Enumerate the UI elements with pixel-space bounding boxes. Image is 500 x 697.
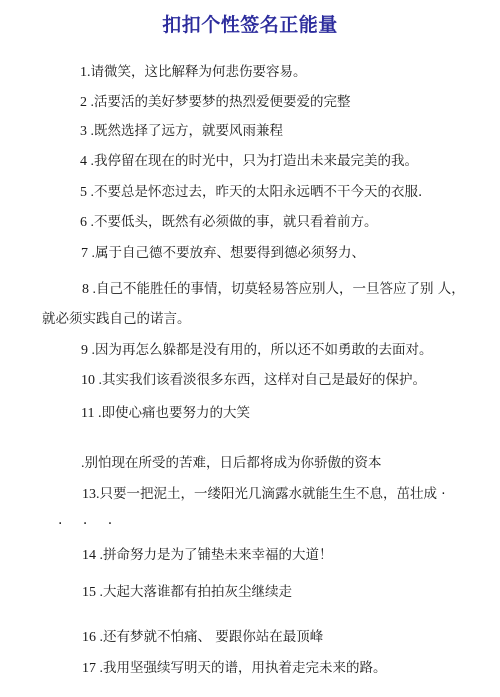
quote-item-6: 6 .不要低头，既然有必须做的事，就只看着前方。 <box>80 213 378 232</box>
item-number: 14 . <box>82 548 103 563</box>
quote-item-12: .别怕现在所受的苦难，日后都将成为你骄傲的资本 <box>81 454 382 473</box>
item-number: 4 . <box>80 154 94 169</box>
item-number: 17 . <box>82 661 103 676</box>
item-text: 不要低头，既然有必须做的事，就只看着前方。 <box>94 214 378 230</box>
item-text: 别怕现在所受的苦难，日后都将成为你骄傲的资本 <box>85 455 382 471</box>
quote-item-9: 9 .因为再怎么躲都是没有用的，所以还不如勇敢的去面对。 <box>81 341 433 360</box>
item-number: 5 . <box>80 185 94 200</box>
quote-item-7: 7 .属于自己德不要放弃、想要得到德必须努力、 <box>81 244 365 263</box>
quote-item-4: 4 .我停留在现在的时光中，只为打造出未来最完美的我。 <box>80 152 418 171</box>
item-text: 因为再怎么躲都是没有用的，所以还不如勇敢的去面对。 <box>95 342 433 358</box>
item-text: · · · <box>58 516 120 532</box>
quote-item-13-continuation: · · · <box>58 515 120 533</box>
item-number: 15 . <box>82 585 103 600</box>
quote-item-1: 1.请微笑，这比解释为何悲伤要容易。 <box>80 63 307 82</box>
quote-item-15: 15 .大起大落谁都有拍拍灰尘继续走 <box>82 583 292 602</box>
item-text: 自己不能胜任的事情，切莫轻易答应别人，一旦答应了别 人， <box>96 281 465 297</box>
quote-item-14: 14 .拼命努力是为了铺垫未来幸福的大道！ <box>82 546 333 565</box>
quote-item-10: 10 .其实我们该看淡很多东西，这样对自己是最好的保护。 <box>81 371 426 390</box>
page-title: 扣扣个性签名正能量 <box>0 10 500 37</box>
item-text: 即使心痛也要努力的大笑 <box>101 405 250 421</box>
quote-item-2: 2 .活要活的美好梦要梦的热烈爱便要爱的完整 <box>80 93 351 112</box>
item-text: 既然选择了远方，就要风雨兼程 <box>94 123 283 139</box>
item-number: 2 . <box>80 95 94 110</box>
item-number: 3 . <box>80 124 94 139</box>
item-text: 请微笑，这比解释为何悲伤要容易。 <box>91 64 307 80</box>
item-number: 13. <box>82 487 100 502</box>
item-text: 不要总是怀恋过去，昨天的太阳永远晒不干今天的衣服. <box>94 184 422 200</box>
quote-item-11: 11 .即使心痛也要努力的大笑 <box>81 404 250 423</box>
item-text: 大起大落谁都有拍拍灰尘继续走 <box>103 584 292 600</box>
quote-item-17: 17 .我用坚强续写明天的谱，用执着走完未来的路。 <box>82 659 387 678</box>
item-number: 8 . <box>82 282 96 297</box>
item-text: 属于自己德不要放弃、想要得到德必须努力、 <box>95 245 365 261</box>
item-number: 1. <box>80 65 91 80</box>
item-text: 还有梦就不怕痛、 要跟你站在最顶峰 <box>103 629 323 645</box>
item-number: 10 . <box>81 373 102 388</box>
item-text: 我停留在现在的时光中，只为打造出未来最完美的我。 <box>94 153 418 169</box>
item-number: 16 . <box>82 630 103 645</box>
item-text: 就必须实践自己的诺言。 <box>42 311 191 327</box>
quote-item-8: 8 .自己不能胜任的事情，切莫轻易答应别人，一旦答应了别 人， <box>82 280 465 299</box>
quote-item-5: 5 .不要总是怀恋过去，昨天的太阳永远晒不干今天的衣服. <box>80 183 422 202</box>
quote-item-3: 3 .既然选择了远方，就要风雨兼程 <box>80 122 283 141</box>
quote-item-8-continuation: 就必须实践自己的诺言。 <box>42 310 191 328</box>
item-number: 11 . <box>81 406 101 421</box>
quote-item-16: 16 .还有梦就不怕痛、 要跟你站在最顶峰 <box>82 628 323 647</box>
item-number: 6 . <box>80 215 94 230</box>
item-number: 9 . <box>81 343 95 358</box>
item-text: 活要活的美好梦要梦的热烈爱便要爱的完整 <box>94 94 351 110</box>
quote-item-13: 13.只要一把泥土，一缕阳光几滴露水就能生生不息，茁壮成 · <box>82 485 446 504</box>
item-text: 我用坚强续写明天的谱，用执着走完未来的路。 <box>103 660 387 676</box>
item-text: 只要一把泥土，一缕阳光几滴露水就能生生不息，茁壮成 · <box>100 486 446 502</box>
item-text: 拼命努力是为了铺垫未来幸福的大道！ <box>103 547 333 563</box>
item-text: 其实我们该看淡很多东西，这样对自己是最好的保护。 <box>102 372 426 388</box>
item-number: 7 . <box>81 246 95 261</box>
